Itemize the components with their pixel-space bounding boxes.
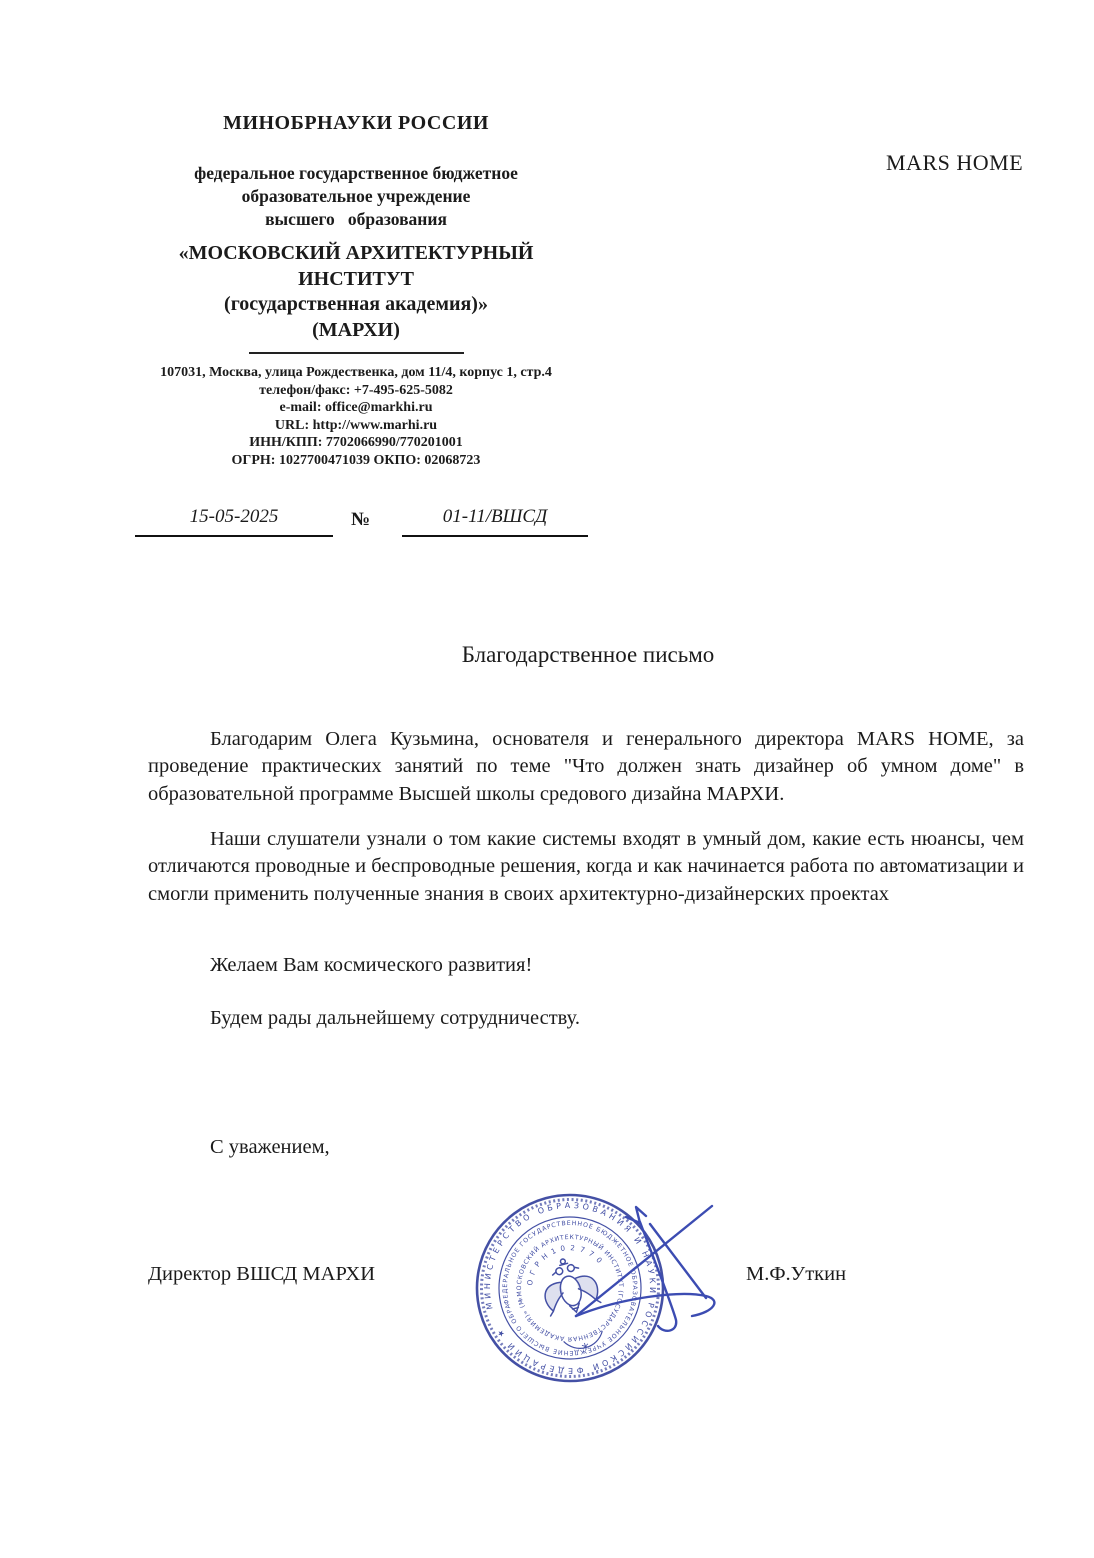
address-line: 107031, Москва, улица Рождественка, дом … <box>130 364 582 382</box>
org-type-line-1: федеральное государственное бюджетное <box>130 162 582 185</box>
institute-name-block: «МОСКОВСКИЙ АРХИТЕКТУРНЫЙ ИНСТИТУТ (госу… <box>130 241 582 343</box>
paragraph-1: Благодарим Олега Кузьмина, основателя и … <box>148 726 1024 808</box>
number-sign: № <box>351 509 370 531</box>
paragraph-4: Будем рады дальнейшему сотрудничеству. <box>148 1005 1024 1032</box>
thank-you-letter-document: МИНОБРНАУКИ РОССИИ федеральное государст… <box>0 0 1094 1558</box>
stamp-and-signature-area: МИНИСТЕРСТВО ОБРАЗОВАНИЯ И НАУКИ РОССИЙС… <box>462 1182 772 1400</box>
ministry-name: МИНОБРНАУКИ РОССИИ <box>130 112 582 135</box>
stamp-microtext-border <box>462 1182 678 1396</box>
recipient-logo: MARS HOME <box>886 150 1023 176</box>
letter-title: Благодарственное письмо <box>148 642 1028 668</box>
ogrn-okpo-line: ОГРН: 1027700471039 ОКПО: 02068723 <box>130 452 582 470</box>
paragraph-3: Желаем Вам космического развития! <box>148 952 1024 979</box>
institute-name-line-2: ИНСТИТУТ <box>130 267 582 293</box>
signer-position: Директор ВШСД МАРХИ <box>148 1263 375 1286</box>
paragraph-2: Наши слушатели узнали о том какие систем… <box>148 826 1024 908</box>
institute-abbreviation: (МАРХИ) <box>130 318 582 344</box>
letter-number: 01-11/ВШСД <box>402 506 588 537</box>
letterhead-separator-line <box>249 352 464 354</box>
email-line: e-mail: office@markhi.ru <box>130 399 582 417</box>
letter-date: 15-05-2025 <box>135 506 333 537</box>
closing-salutation: С уважением, <box>148 1136 548 1159</box>
institute-name-line-3: (государственная академия)» <box>130 292 582 318</box>
org-type-line-2: образовательное учреждение <box>130 185 582 208</box>
url-line: URL: http://www.marhi.ru <box>130 417 582 435</box>
inn-kpp-line: ИНН/КПП: 7702066990/770201001 <box>130 434 582 452</box>
official-stamp-graphic: МИНИСТЕРСТВО ОБРАЗОВАНИЯ И НАУКИ РОССИЙС… <box>462 1182 772 1400</box>
org-type-line-3: высшего образования <box>130 208 582 231</box>
round-stamp: МИНИСТЕРСТВО ОБРАЗОВАНИЯ И НАУКИ РОССИЙС… <box>462 1182 684 1400</box>
phone-line: телефон/факс: +7-495-625-5082 <box>130 382 582 400</box>
letterhead: МИНОБРНАУКИ РОССИИ федеральное государст… <box>130 112 582 470</box>
institute-name-line-1: «МОСКОВСКИЙ АРХИТЕКТУРНЫЙ <box>130 241 582 267</box>
